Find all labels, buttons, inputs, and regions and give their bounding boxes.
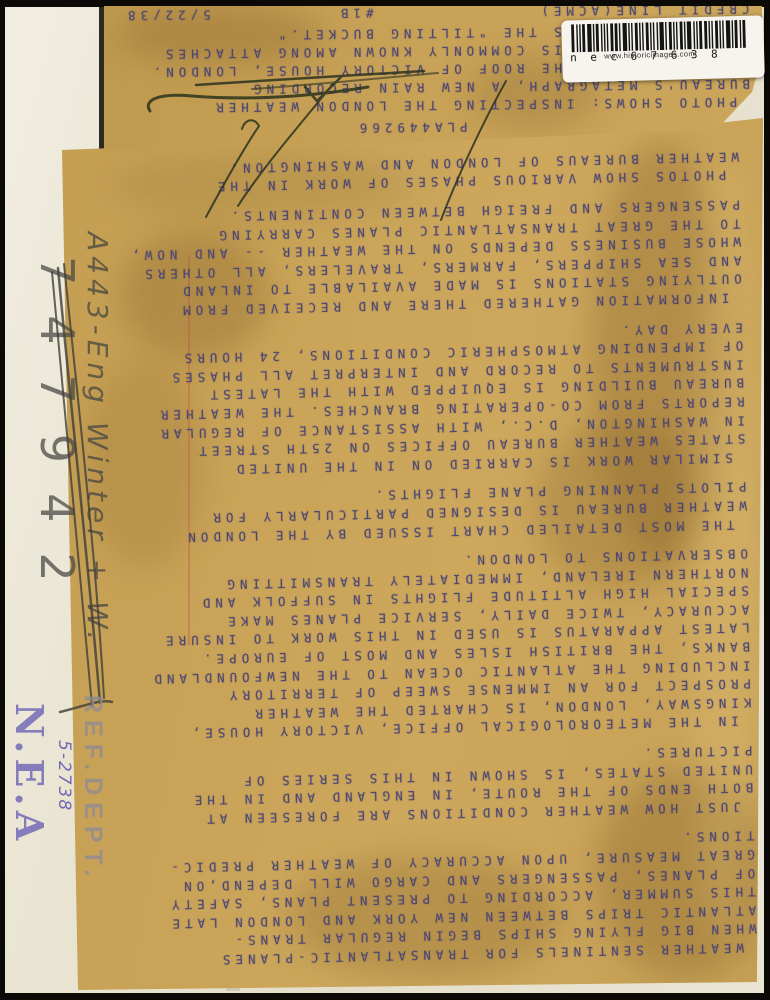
file-number-note: 5-2738 xyxy=(54,740,74,812)
caption-paragraph: INFORMATION GATHERED THERE AND RECEIVED … xyxy=(52,195,742,322)
typed-caption-main: WEATHER SENTINELS FOR TRANSATLANTIC-PLAN… xyxy=(50,120,770,996)
caption-paragraph: IN THE METEOROLOGICAL OFFICE, VICTORY HO… xyxy=(60,544,752,745)
nea-agency-stamp: N.E.A xyxy=(7,703,52,845)
ref-dept-stamp: REF.DEPT. xyxy=(78,695,107,883)
press-photo-back-scan: WEATHER SENTINELS FOR TRANSATLANTIC-PLAN… xyxy=(0,0,770,1000)
caption-paragraph: WEATHER SENTINELS FOR TRANSATLANTIC-PLAN… xyxy=(66,826,757,972)
barcode-sticker: nec67638 www.historicimages.com xyxy=(561,15,765,82)
caption-paragraph: JUST HOW WEATHER CONDITIONS ARE FORESEEN… xyxy=(64,741,754,831)
pencil-note: A443-Eng Winter + W. xyxy=(81,232,114,702)
crossed-out-number: 747942 xyxy=(30,256,84,726)
caption-paragraph: THE MOST DETAILED CHART ISSUED BY THE LO… xyxy=(58,477,747,548)
caption-paragraph: SIMILAR WORK IS CARRIED ON IN THE UNITED… xyxy=(55,317,746,481)
caption-paragraph: PHOTOS SHOW VARIOUS PHASES OF WORK IN TH… xyxy=(51,147,740,200)
